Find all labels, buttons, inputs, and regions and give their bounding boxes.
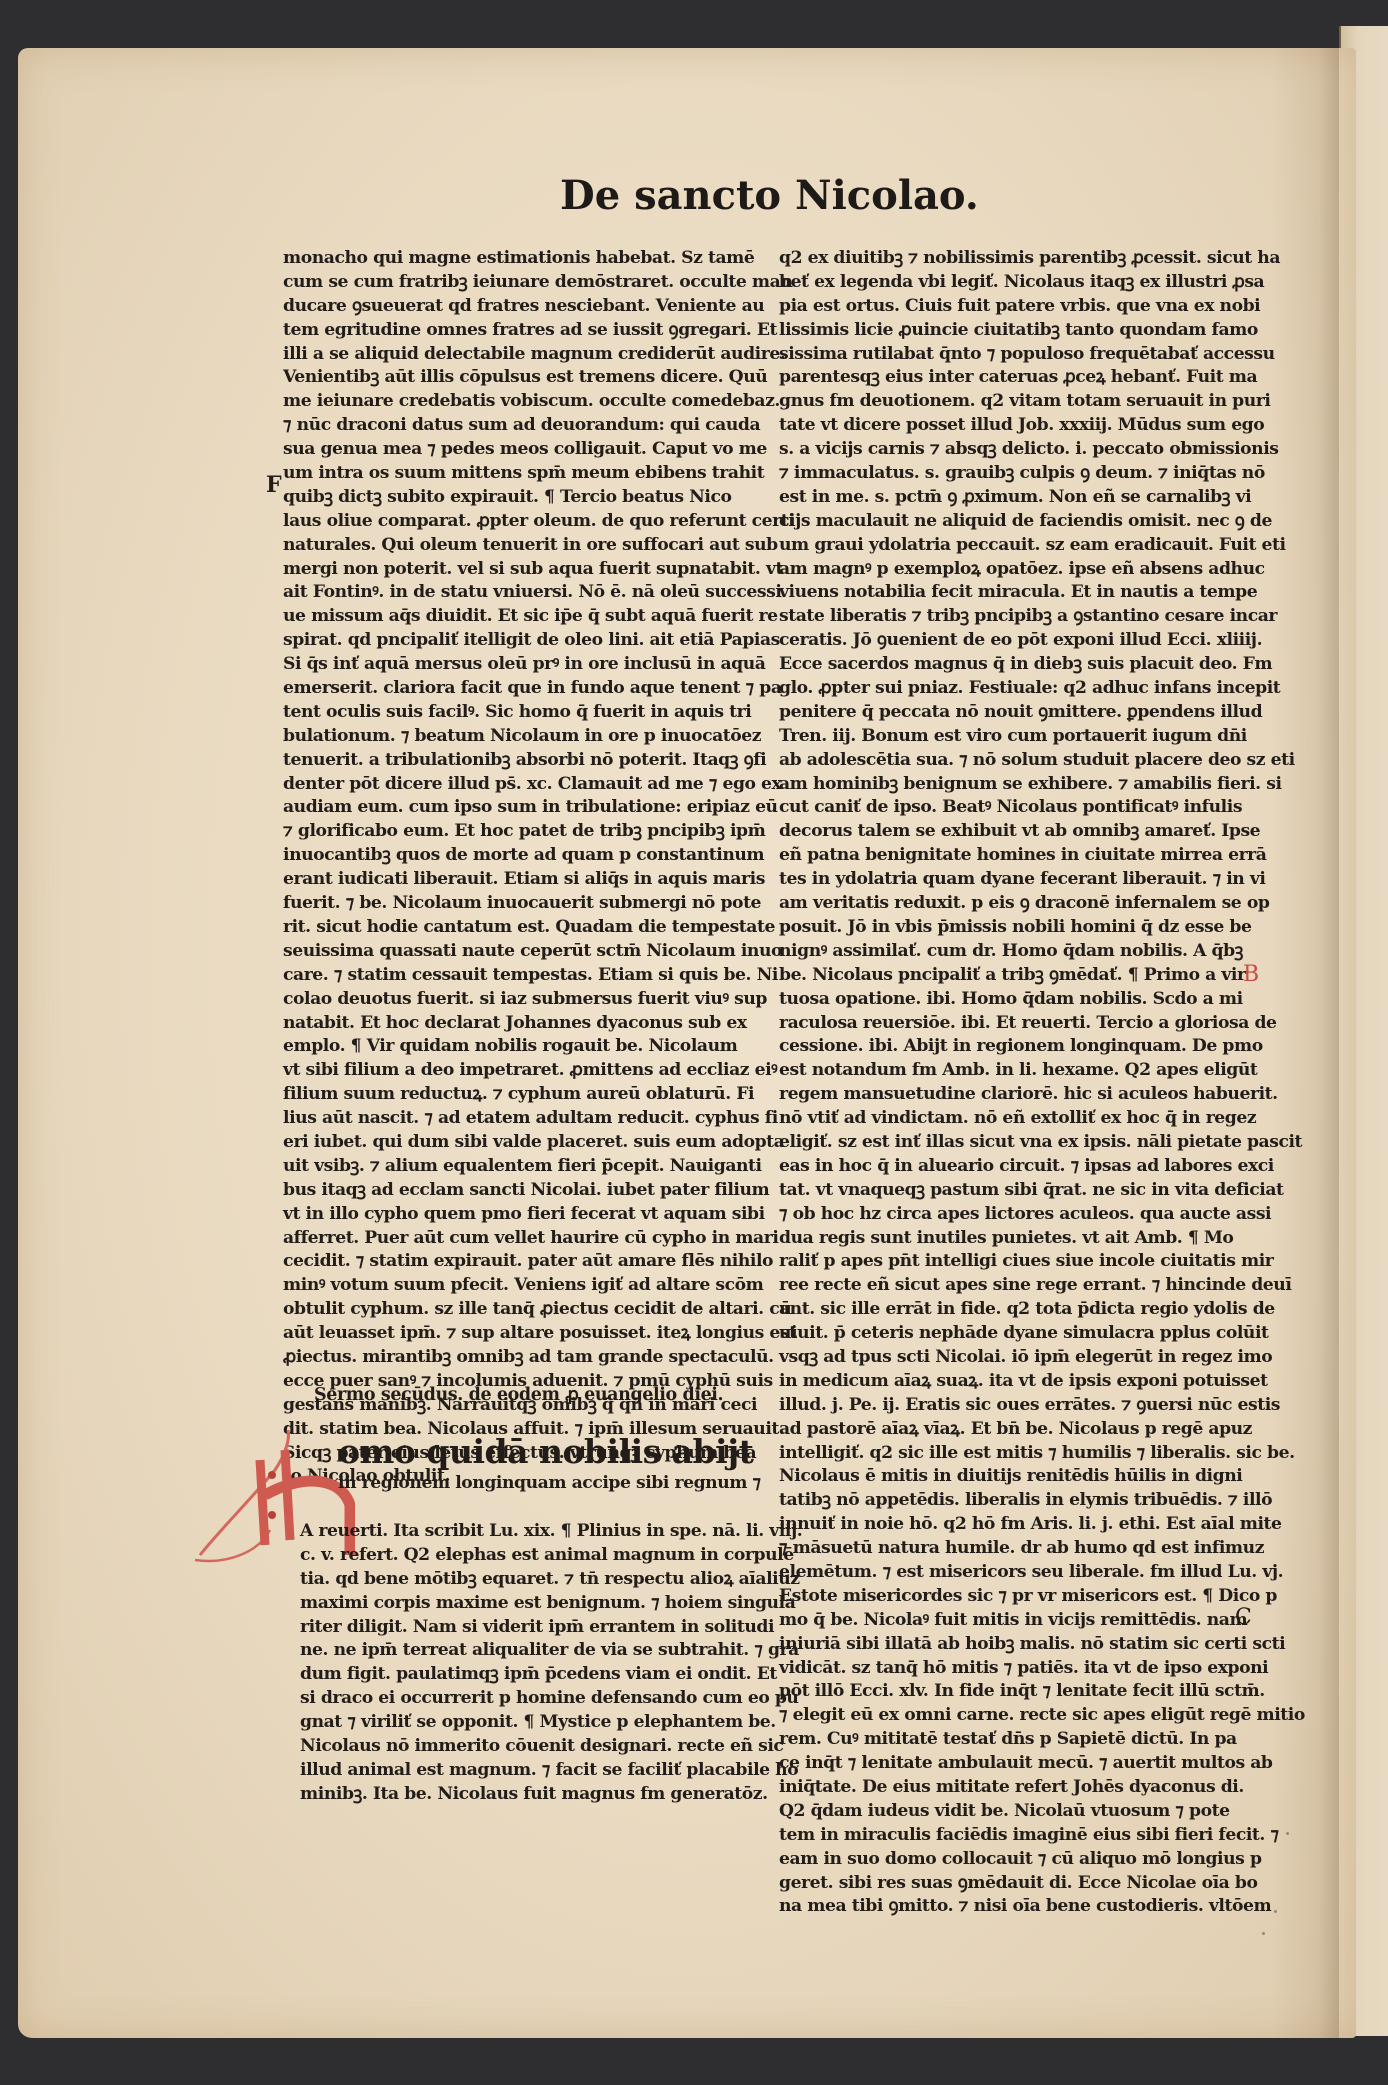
text-line: quibꝫ dictꝫ subito expirauit. ¶ Tercio b… — [283, 486, 753, 510]
text-line: Nicolaus nō immerito cōuenit designari. … — [300, 1735, 802, 1759]
text-line: cut caniť de ipso. Beatꝰ Nicolaus pontif… — [779, 796, 1249, 820]
text-line: vt in illo cypho quem pmo fieri fecerat … — [283, 1203, 753, 1227]
text-line: eñ patna benignitate homines in ciuitate… — [779, 844, 1249, 868]
text-line: raliť p apes pn̄t intelligi ciues siue i… — [779, 1250, 1249, 1274]
text-line: eri iubet. qui dum sibi valde placeret. … — [283, 1131, 753, 1155]
text-line: tia. qd bene mōtibꝫ equaret. ⁊ tn̄ respe… — [300, 1568, 802, 1592]
text-line: dum figit. paulatimqꝫ ipm̄ p̄cedens viam… — [300, 1663, 802, 1687]
text-line: lissimis licie ꝓuincie ciuitatibꝫ tanto … — [779, 319, 1249, 343]
text-line: s. a vicijs carnis ⁊ absqꝫ delicto. i. p… — [779, 438, 1249, 462]
text-line: Q2 q̄dam iudeus vidit be. Nicolaū vtuosu… — [779, 1800, 1249, 1824]
text-line: erant iudicati liberauit. Etiam si aliq̄… — [283, 868, 753, 892]
text-line: monacho qui magne estimationis habebat. … — [283, 247, 753, 271]
text-line: ducare ꝯsueuerat qd fratres nesciebant. … — [283, 295, 753, 319]
text-line: minibꝫ. Ita be. Nicolaus fuit magnus fm … — [300, 1783, 802, 1807]
text-line: Si q̄s inť aquā mersus oleū prꝰ in ore i… — [283, 653, 753, 677]
text-line: tenuerit. a tribulationibꝫ absorbi nō po… — [283, 749, 753, 773]
text-line: eligiť. sz est inť illas sicut vna ex ip… — [779, 1131, 1249, 1155]
text-line: inuocantibꝫ quos de morte ad quam p cons… — [283, 844, 753, 868]
text-line: am veritatis reduxit. p eis ꝯ draconē in… — [779, 892, 1249, 916]
text-line: ceratis. Jō ꝯuenient de eo pōt exponi il… — [779, 629, 1249, 653]
text-line: regem mansuetudine clariorē. hic si acul… — [779, 1083, 1249, 1107]
text-line: glo. ꝓpter sui pniaz. Festiuale: q2 adhu… — [779, 677, 1249, 701]
text-line: Estote misericordes sic ⁊ pr vr miserico… — [779, 1585, 1249, 1609]
text-line: ⁊ ob hoc hz circa apes lictores aculeos.… — [779, 1203, 1249, 1227]
running-head-title: De sancto Nicolao. — [560, 172, 980, 219]
text-line: rit. sicut hodie cantatum est. Quadam di… — [283, 916, 753, 940]
text-line: na mea tibi ꝯmitto. ⁊ nisi oīa bene cust… — [779, 1895, 1249, 1919]
text-line: in medicum aīaꝝ suaꝝ. ita vt de ipsis ex… — [779, 1370, 1249, 1394]
marginal-letter-f: F — [266, 472, 282, 498]
text-line: afferret. Puer aūt cum vellet haurire cū… — [283, 1227, 753, 1251]
text-line: ⁊ glorificabo eum. Et hoc patet de tribꝫ… — [283, 820, 753, 844]
text-line: um intra os suum mittens spm̄ meum ebibe… — [283, 462, 753, 486]
text-line: am magnꝰ p exemploꝝ opatōez. ipse eñ abs… — [779, 558, 1249, 582]
text-line: vt sibi filium a deo impetraret. ꝓmitten… — [283, 1059, 753, 1083]
text-line: Ecce sacerdos magnus q̄ in diebꝫ suis pl… — [779, 653, 1249, 677]
text-line: bus itaqꝫ ad ecclam sancti Nicolai. iube… — [283, 1179, 753, 1203]
sermon-indented-lines: in regionem longinquam accipe sibi regnu… — [338, 1472, 761, 1496]
text-line: dua regis sunt inutiles punietes. vt ait… — [779, 1227, 1249, 1251]
text-line: riter diligit. Nam si viderit ipm̄ erran… — [300, 1616, 802, 1640]
text-line: emerserit. clariora facit que in fundo a… — [283, 677, 753, 701]
text-line: obtulit cyphum. sz ille tanq̄ ꝓiectus ce… — [283, 1298, 753, 1322]
text-line: cecidit. ⁊ statim expirauit. pater aūt a… — [283, 1250, 753, 1274]
text-line: Nicolaus ē mitis in diuitijs renitēdis h… — [779, 1465, 1249, 1489]
text-line: lius aūt nascit. ⁊ ad etatem adultam red… — [283, 1107, 753, 1131]
text-line: aūt leuasset ipm̄. ⁊ sup altare posuisse… — [283, 1322, 753, 1346]
text-line: maximi corpis maxime est benignum. ⁊ hoi… — [300, 1592, 802, 1616]
text-line: ne. ne ipm̄ terreat aliqualiter de via s… — [300, 1639, 802, 1663]
text-line: um graui ydolatria peccauit. sz eam erad… — [779, 534, 1249, 558]
text-line: beť ex legenda vbi legiť. Nicolaus itaqꝫ… — [779, 271, 1249, 295]
text-line: est notandum fm Amb. in li. hexame. Q2 a… — [779, 1059, 1249, 1083]
text-line: seuissima quassati naute ceperūt sctm̄ N… — [283, 940, 753, 964]
text-line: elemētum. ⁊ est misericors seu liberale.… — [779, 1561, 1249, 1585]
text-line: posuit. Jō in vbis p̄missis nobili homin… — [779, 916, 1249, 940]
text-line: emplo. ¶ Vir quidam nobilis rogauit be. … — [283, 1035, 753, 1059]
sermon-body: A reuerti. Ita scribit Lu. xix. ¶ Pliniu… — [300, 1520, 802, 1807]
text-line: gnat ⁊ viriliť se opponit. ¶ Mystice p e… — [300, 1711, 802, 1735]
text-line: mo q̄ be. Nicolaꝰ fuit mitis in vicijs r… — [779, 1609, 1249, 1633]
text-line: si draco ei occurrerit p homine defensan… — [300, 1687, 802, 1711]
text-line: ree recte eñ sicut apes sine rege errant… — [779, 1274, 1249, 1298]
text-line: eam in suo domo collocauit ⁊ cū aliquo m… — [779, 1848, 1249, 1872]
text-line: ad pastorē aīaꝝ vīaꝝ. Et bn̄ be. Nicolau… — [779, 1418, 1249, 1442]
text-line: uit vsibꝫ. ⁊ alium equalentem fieri p̄ce… — [283, 1155, 753, 1179]
text-line: ꝓiectus. mirantibꝫ omnibꝫ ad tam grande … — [283, 1346, 753, 1370]
text-line: ce inq̄t ⁊ lenitate ambulauit mecū. ⁊ au… — [779, 1752, 1249, 1776]
text-line: ue missum aq̄s diuidit. Et sic ip̄e q̄ s… — [283, 605, 753, 629]
sermon-heading: Sermo secūdus. de eodem ꝓ euangelio diei… — [314, 1385, 723, 1405]
text-line: illud. j. Pe. ij. Eratis sic oues errāte… — [779, 1394, 1249, 1418]
text-line: nignꝰ assimilať. cum dr. Homo q̄dam nobi… — [779, 940, 1249, 964]
text-line: cessione. ibi. Abijt in regionem longinq… — [779, 1035, 1249, 1059]
sermon-incipit: omo quidā nobilis abijt — [338, 1432, 753, 1471]
text-line: tat. vt vnaqueqꝫ pastum sibi q̄rat. ne s… — [779, 1179, 1249, 1203]
text-line: eas in hoc q̄ in alueario circuit. ⁊ ips… — [779, 1155, 1249, 1179]
text-line: mergi non poterit. vel si sub aqua fueri… — [283, 558, 753, 582]
text-line: iniuriā sibi illatā ab hoibꝫ malis. nō s… — [779, 1633, 1249, 1657]
text-line: be. Nicolaus pncipaliť a tribꝫ ꝯmēdať. ¶… — [779, 964, 1249, 988]
text-line: vsqꝫ ad tpus scti Nicolai. iō ipm̄ elege… — [779, 1346, 1249, 1370]
paper-speck — [1286, 1832, 1289, 1835]
text-line: audiam eum. cum ipso sum in tribulatione… — [283, 796, 753, 820]
left-column: monacho qui magne estimationis habebat. … — [283, 247, 753, 1489]
right-column: q2 ex diuitibꝫ ⁊ nobilissimis parentibꝫ … — [779, 247, 1249, 1919]
text-line: iniq̄tate. De eius mititate refert Johēs… — [779, 1776, 1249, 1800]
text-line: penitere q̄ peccata nō nouit ꝯmittere. ꝑ… — [779, 701, 1249, 725]
text-line: ⁊ immaculatus. s. grauibꝫ culpis ꝯ deum.… — [779, 462, 1249, 486]
text-line: sissima rutilabat q̄nto ⁊ populoso frequ… — [779, 343, 1249, 367]
incipit-text: omo quidā nobilis abijt — [338, 1432, 753, 1471]
text-line: laus oliue comparat. ꝓpter oleum. de quo… — [283, 510, 753, 534]
running-head-text: De sancto Nicolao. — [560, 172, 979, 219]
text-line: natabit. Et hoc declarat Johannes dyacon… — [283, 1012, 753, 1036]
text-line: raculosa reuersiōe. ibi. Et reuerti. Ter… — [779, 1012, 1249, 1036]
text-line: ⁊ māsuetū natura humile. dr ab humo qd e… — [779, 1537, 1249, 1561]
marginal-letter-b: B — [1243, 962, 1259, 987]
text-line: illud animal est magnum. ⁊ facit se faci… — [300, 1759, 802, 1783]
text-line: uiuit. p̄ ceteris nephāde dyane simulacr… — [779, 1322, 1249, 1346]
text-line: Tren. iij. Bonum est viro cum portauerit… — [779, 725, 1249, 749]
text-line: pōt illō Ecci. xlv. In fide inq̄t ⁊ leni… — [779, 1680, 1249, 1704]
text-line: ⁊ elegit eū ex omni carne. recte sic ape… — [779, 1704, 1249, 1728]
text-line: spirat. qd pncipaliť itelligit de oleo l… — [283, 629, 753, 653]
text-line: q2 ex diuitibꝫ ⁊ nobilissimis parentibꝫ … — [779, 247, 1249, 271]
text-line: fuerit. ⁊ be. Nicolaum inuocauerit subme… — [283, 892, 753, 916]
text-line: cum se cum fratribꝫ ieiunare demōstraret… — [283, 271, 753, 295]
text-line: minꝰ votum suum pfecit. Veniens igiť ad … — [283, 1274, 753, 1298]
text-line: tent oculis suis facilꝰ. Sic homo q̄ fue… — [283, 701, 753, 725]
text-line: geret. sibi res suas ꝯmēdauit di. Ecce N… — [779, 1872, 1249, 1896]
marginal-letter-c: C — [1235, 1605, 1252, 1630]
text-line: tate vt dicere posset illud Job. xxxiij.… — [779, 414, 1249, 438]
text-line: Venientibꝫ aūt illis cōpulsus est tremen… — [283, 366, 753, 390]
text-line: tem in miraculis faciēdis imaginē eius s… — [779, 1824, 1249, 1848]
text-line: gnus fm deuotionem. q2 vitam totam serua… — [779, 390, 1249, 414]
text-line: me ieiunare credebatis vobiscum. occulte… — [283, 390, 753, 414]
text-line: filium suum reductuꝝ. ⁊ cyphum aureū obl… — [283, 1083, 753, 1107]
text-line: decorus talem se exhibuit vt ab omnibꝫ a… — [779, 820, 1249, 844]
text-line: tes in ydolatria quam dyane fecerant lib… — [779, 868, 1249, 892]
text-line: ait Fontinꝰ. in de statu vniuersi. Nō ē.… — [283, 581, 753, 605]
text-line: sua genua mea ⁊ pedes meos colligauit. C… — [283, 438, 753, 462]
text-line: am hominibꝫ benignum se exhibere. ⁊ amab… — [779, 773, 1249, 797]
text-line: intelligiť. q2 sic ille est mitis ⁊ humi… — [779, 1442, 1249, 1466]
text-line: tatibꝫ nō appetēdis. liberalis in elymis… — [779, 1489, 1249, 1513]
text-line: naturales. Qui oleum tenuerit in ore suf… — [283, 534, 753, 558]
text-line: ant. sic ille errāt in fide. q2 tota p̄d… — [779, 1298, 1249, 1322]
text-line: innuiť in noie hō. q2 hō fm Aris. li. j.… — [779, 1513, 1249, 1537]
text-line: pia est ortus. Ciuis fuit patere vrbis. … — [779, 295, 1249, 319]
text-line: c. v. refert. Q2 elephas est animal magn… — [300, 1544, 802, 1568]
text-line: A reuerti. Ita scribit Lu. xix. ¶ Pliniu… — [300, 1520, 802, 1544]
text-line: cijs maculauit ne aliquid de faciendis o… — [779, 510, 1249, 534]
text-line: state liberatis ⁊ tribꝫ pncipibꝫ a ꝯstan… — [779, 605, 1249, 629]
text-line: viuens notabilia fecit miracula. Et in n… — [779, 581, 1249, 605]
text-line: care. ⁊ statim cessauit tempestas. Etiam… — [283, 964, 753, 988]
text-line: parentesqꝫ eius inter cateruas ꝓceꝝ heba… — [779, 366, 1249, 390]
text-line: in regionem longinquam accipe sibi regnu… — [338, 1472, 761, 1496]
paper-speck — [1262, 1932, 1265, 1935]
text-line: ⁊ nūc draconi datus sum ad deuorandum: q… — [283, 414, 753, 438]
paper-speck — [1274, 1910, 1277, 1913]
text-line: rem. Cuꝰ mititatē testať dn̄s p Sapietē … — [779, 1728, 1249, 1752]
text-line: nō vtiť ad vindictam. nō eñ extolliť ex … — [779, 1107, 1249, 1131]
text-line: colao deuotus fuerit. si iaz submersus f… — [283, 988, 753, 1012]
text-line: vidicāt. sz tanq̄ hō mitis ⁊ patiēs. ita… — [779, 1657, 1249, 1681]
text-line: bulationum. ⁊ beatum Nicolaum in ore p i… — [283, 725, 753, 749]
text-line: illi a se aliquid delectabile magnum cre… — [283, 343, 753, 367]
text-line: tuosa opatione. ibi. Homo q̄dam nobilis.… — [779, 988, 1249, 1012]
text-line: est in me. s. pctm̄ ꝯ ꝓximum. Non eñ se … — [779, 486, 1249, 510]
text-line: tem egritudine omnes fratres ad se iussi… — [283, 319, 753, 343]
text-line: denter pōt dicere illud ps̄. xc. Clamaui… — [283, 773, 753, 797]
text-line: ab adolescētia sua. ⁊ nō solum studuit p… — [779, 749, 1249, 773]
gutter-shadow — [1270, 48, 1339, 2038]
